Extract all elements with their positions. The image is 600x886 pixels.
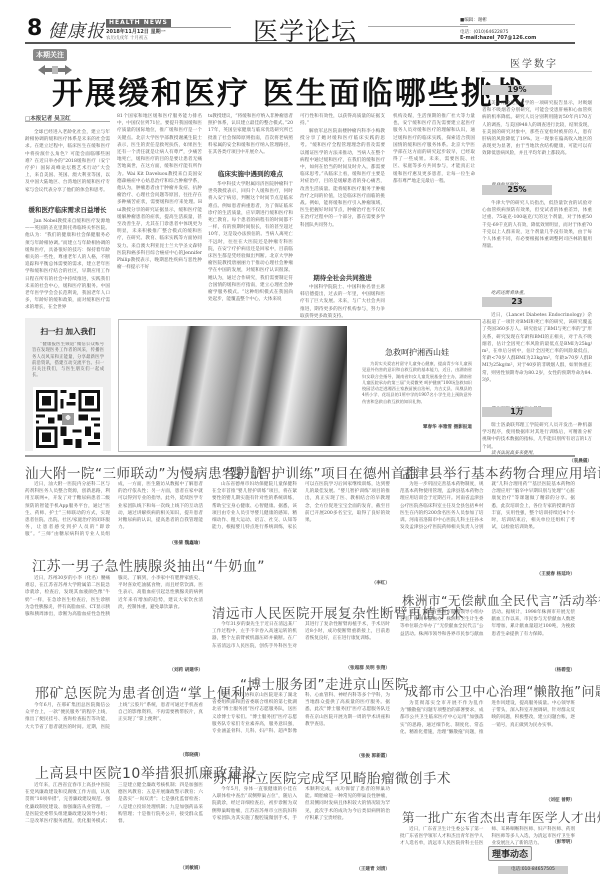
story-credit-jiangsu-pancreatitis: （刘莉 胡建华） <box>115 667 203 673</box>
story-title-zhuzhou-blood-donation: 株洲市“无偿献血全民代言”活动举行 <box>402 591 600 609</box>
number-text: 近日，《Lancet Diabetes Endocrinology》杂志报道了一… <box>482 312 592 406</box>
numbers-rule <box>482 71 592 72</box>
story-title-jiangsu-pancreatitis: 江苏一男子急性胰腺炎抽出“牛奶血” <box>32 556 265 576</box>
number-text: 牛津大学的研究人员指出，低热量饮食的试验对心血管疾病预防有效果，但受试者的体重差… <box>482 200 592 290</box>
qr-title: 扫一扫 加入我们 <box>25 326 111 337</box>
story-title-chengdu-public-health: 成都市公卫中心治理“懒散拖”问题 <box>405 681 600 700</box>
story-credit-qingyuan-arm-replant: （张超群 吴明 张翔） <box>290 665 390 671</box>
subhead-clinical-demand: 缓和医疗临床需求日益增长 <box>25 205 110 214</box>
number-tag: 23 <box>482 297 552 307</box>
story-credit-doctor-service-team: （张俊 郭新霞） <box>290 753 390 759</box>
subhead-clinical-difficulties: 临床实施中遇到的难点 <box>208 169 293 178</box>
main-story-col5: 机构及媒，生活预期的推广社大等力量也，安宁缓和医疗首先需要建立起医疗服务人员对缓… <box>393 113 475 318</box>
qr-sidebar: 扫一扫 加入我们 “健康报医生频道”微信公众账号旨在发现医务工作者的风采，传播医… <box>25 318 111 451</box>
photo-caption-text: 为切实关爱农村留守儿童身心健康，提高青少年儿童预见意外伤害的意识和自救互救的基本… <box>362 361 472 419</box>
story-body-shantou: 近日，汕大附一医院内分泌科二区与药剂科医务人员整合资源，创新思路，利用互联网+，… <box>25 481 203 539</box>
main-story-col1-body: Jan Nobel教授来自缓和医疗发源地——英国的圣克里斯托弗临终关怀医院。他认… <box>25 218 110 318</box>
story-title-guangdong-youth-talent: 第一批广东省杰出青年医学人才出炉 <box>402 808 600 826</box>
medical-numbers-column: 医学数字 19% 美国哥伦比亚大学的一项研究报告显示，对吸烟者和不吸烟者分别研究… <box>482 47 600 452</box>
council-news-title: 理事动态 <box>488 846 532 861</box>
story-credit-guangdong-youth-talent: （彭琴明） <box>485 839 575 845</box>
number-item-2: 25% 牛津大学的研究人员指出，低热量饮食的试验对心血管疾病预防有效果，但受试者… <box>482 177 592 297</box>
number-tag: 19% <box>482 85 552 95</box>
number-text: 美国哥伦比亚大学的一项研究报告显示，对吸烟者和不吸烟者分别研究，可能会受患肝癌和… <box>482 100 592 182</box>
byline-rule <box>25 121 110 122</box>
story-title-mengjin: 孟津县举行基本药物合理应用培训会 <box>401 462 600 482</box>
medical-numbers-header: 医学数字 <box>510 55 558 70</box>
story-credit-xingkuang-hospital: （郑晓倩） <box>115 752 203 758</box>
number-tag: 25% <box>482 185 552 195</box>
main-story-col4-body: 解放军总医院南楼肿瘤内科李小梅教授分享了她对缓和医疗临床实践的思考。“缓和医疗全… <box>300 128 385 268</box>
main-headline: 开展缓和医疗 医生面临哪些挑战 <box>52 68 527 113</box>
photo-caption-title: 急救呵护湘西山娃 <box>362 347 472 358</box>
section-divider <box>25 455 575 457</box>
story-credit-zhuzhou-blood-donation: （杨碧莹） <box>485 667 575 673</box>
issue-date: 2018年11月12日 星期一 <box>106 28 166 35</box>
paper-logo: 健康报 <box>48 17 105 43</box>
story-title-suzhou-teratoma: 苏州市立医院完成罕见畸胎瘤微创手术 <box>213 767 451 787</box>
council-news-phone: 电话:010-84657505 <box>498 866 568 874</box>
lunar-date: 农历戊戌年 十月初五 <box>106 35 148 41</box>
story-credit-infant-training: （李红） <box>300 580 390 586</box>
qr-description: “健康报医生频道”微信公众账号旨在发现医务工作者的风采，传播医务人员风采和正能量… <box>32 342 104 386</box>
number-item-3: 23 近日，《Lancet Diabetes Endocrinology》杂志报… <box>482 289 592 413</box>
subhead-society-push: 期待全社会共同推进 <box>300 273 385 282</box>
qr-code[interactable] <box>33 387 103 451</box>
number-item-1: 19% 美国哥伦比亚大学的一项研究报告显示，对吸烟者和不吸烟者分别研究，可能会受… <box>482 77 592 189</box>
photo-credit: 覃春华 李雅雪 摄影报道 <box>362 424 472 430</box>
english-name-badge: HEALTH NEWS <box>106 19 171 27</box>
masthead-rule <box>25 42 575 44</box>
story-credit-chengdu-public-health: （刘征 普野） <box>485 797 575 803</box>
main-story-col3-body: 华中科技大学附属同济医院肿瘤科于世英教授表示，回归个人缓和医疗，何时将入安宁病房… <box>208 181 293 318</box>
photo-doctor-teaching-children <box>147 326 347 446</box>
editor-rule <box>460 24 575 25</box>
story-body-suzhou-teratoma: 今年5月，身体一直很健康的小佳在入职体检中查出“双侧卵巢占位”，随后入院就诊，经… <box>212 786 390 872</box>
story-body-mengjin: 为进一步巩固完善基本药物制度，规范基本药物使用管理，孟津县基本药物合理应用培训会… <box>400 481 575 569</box>
story-body-qingyuan-arm-replant: 今年31岁的秦先生于近日在清远某厂工作过程中，左手不幸卷入高速运转的机器，整个左… <box>212 621 390 665</box>
editor-name: ■编辑：谢彬 <box>460 17 487 23</box>
story-body-chengdu-public-health: 为贯彻落实全市开展不作为乱作为“懒散拖”问题专项整治的部署要求，成都市公共卫生临… <box>400 700 575 808</box>
main-story-col4-top: 可行性和有效性，以获得高质量的证据支持。” <box>300 113 385 127</box>
main-story-col4-end: 中国科学院院士、中国科协名誉主席韩启德提出，过去的一年里，中国缓和医疗有了巨大发… <box>300 284 385 318</box>
number-tag: 1万 <box>482 407 552 417</box>
page-number: 8 <box>27 16 42 41</box>
story-credit-shanggao-integrity: （刘敏娟） <box>115 865 203 871</box>
main-story-col2: 81个国家和地区缓和医疗服务能力排名中，中国仅位列71位。要提升我国缓和医疗质量… <box>117 113 202 318</box>
header-rule-right <box>368 26 468 27</box>
story-credit-shantou: （张倩 魏鑫瑜） <box>115 540 203 546</box>
story-body-zhuzhou-blood-donation: 近日，湖南省株洲市献血领导小组办公室、株洲市献血办、株洲市卫生计生委等单位联合举… <box>400 609 575 667</box>
main-story-intro: 全球已经进入老龄化社会，建立与年龄相协调的缓和医疗体系是未来的社会需求。在建立过… <box>25 129 110 201</box>
contact-email: E-mail:hazel_707@126.com <box>460 35 536 41</box>
story-body-doctor-service-team: 近日，武汉协和京山医院迎来了湖北省委组织部和团省委联合组织的第七批湖北省“博士服… <box>212 692 390 750</box>
main-story-col3-top: ts教授建议，“将缓和医疗纳入非肿瘤患者照护体系，认识建立最佳的整合模式。”20… <box>208 113 293 163</box>
story-credit-suzhou-teratoma: （王建青 刘清） <box>290 866 390 872</box>
story-credit-mengjin: （王爱春 杨延玲） <box>485 571 575 577</box>
story-title-infant-training: “婴儿智护训练”项目在德州首推 <box>222 462 419 482</box>
number-text: 瑞士洛桑联邦理工学院研究人员开发出一种机器学习程序，使用数据库对其进行训练后，可… <box>482 422 592 450</box>
story-body-shanggao-integrity: 近年来，江西省宜春市上高县中医院在党风廉政建设和反腐败工作方面，认真贯彻“10项… <box>25 782 203 876</box>
photo-feature-box: 急救呵护湘西山娃 为切实关爱农村留守儿童身心健康，提高青少年儿童预见意外伤害的意… <box>118 319 481 452</box>
council-news-box: 理事动态 电话:010-84657505 <box>488 846 575 880</box>
story-title-doctor-service-team: “博士服务团”走进京山医院 <box>240 673 409 693</box>
story-body-jiangsu-pancreatitis: 近日，苏州30岁的小李（化名）腰痛难忍，在江苏省苏州大学附属第二医院急诊就诊，检… <box>25 575 203 667</box>
